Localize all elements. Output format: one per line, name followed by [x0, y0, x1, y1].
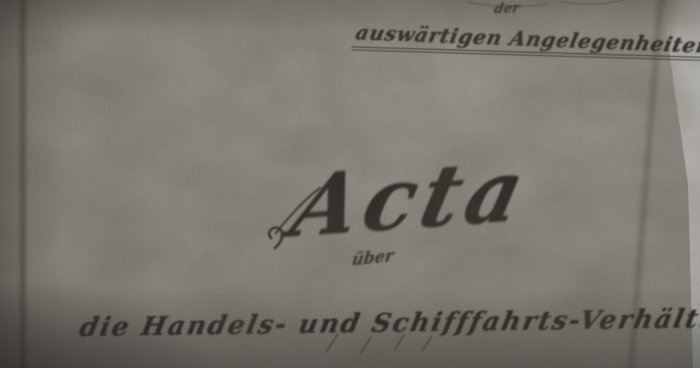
photograph-of-archival-document: der auswärtigen Angelegenheiten Acta übe… — [0, 0, 700, 368]
lighting-vignette-overlay — [0, 0, 700, 368]
